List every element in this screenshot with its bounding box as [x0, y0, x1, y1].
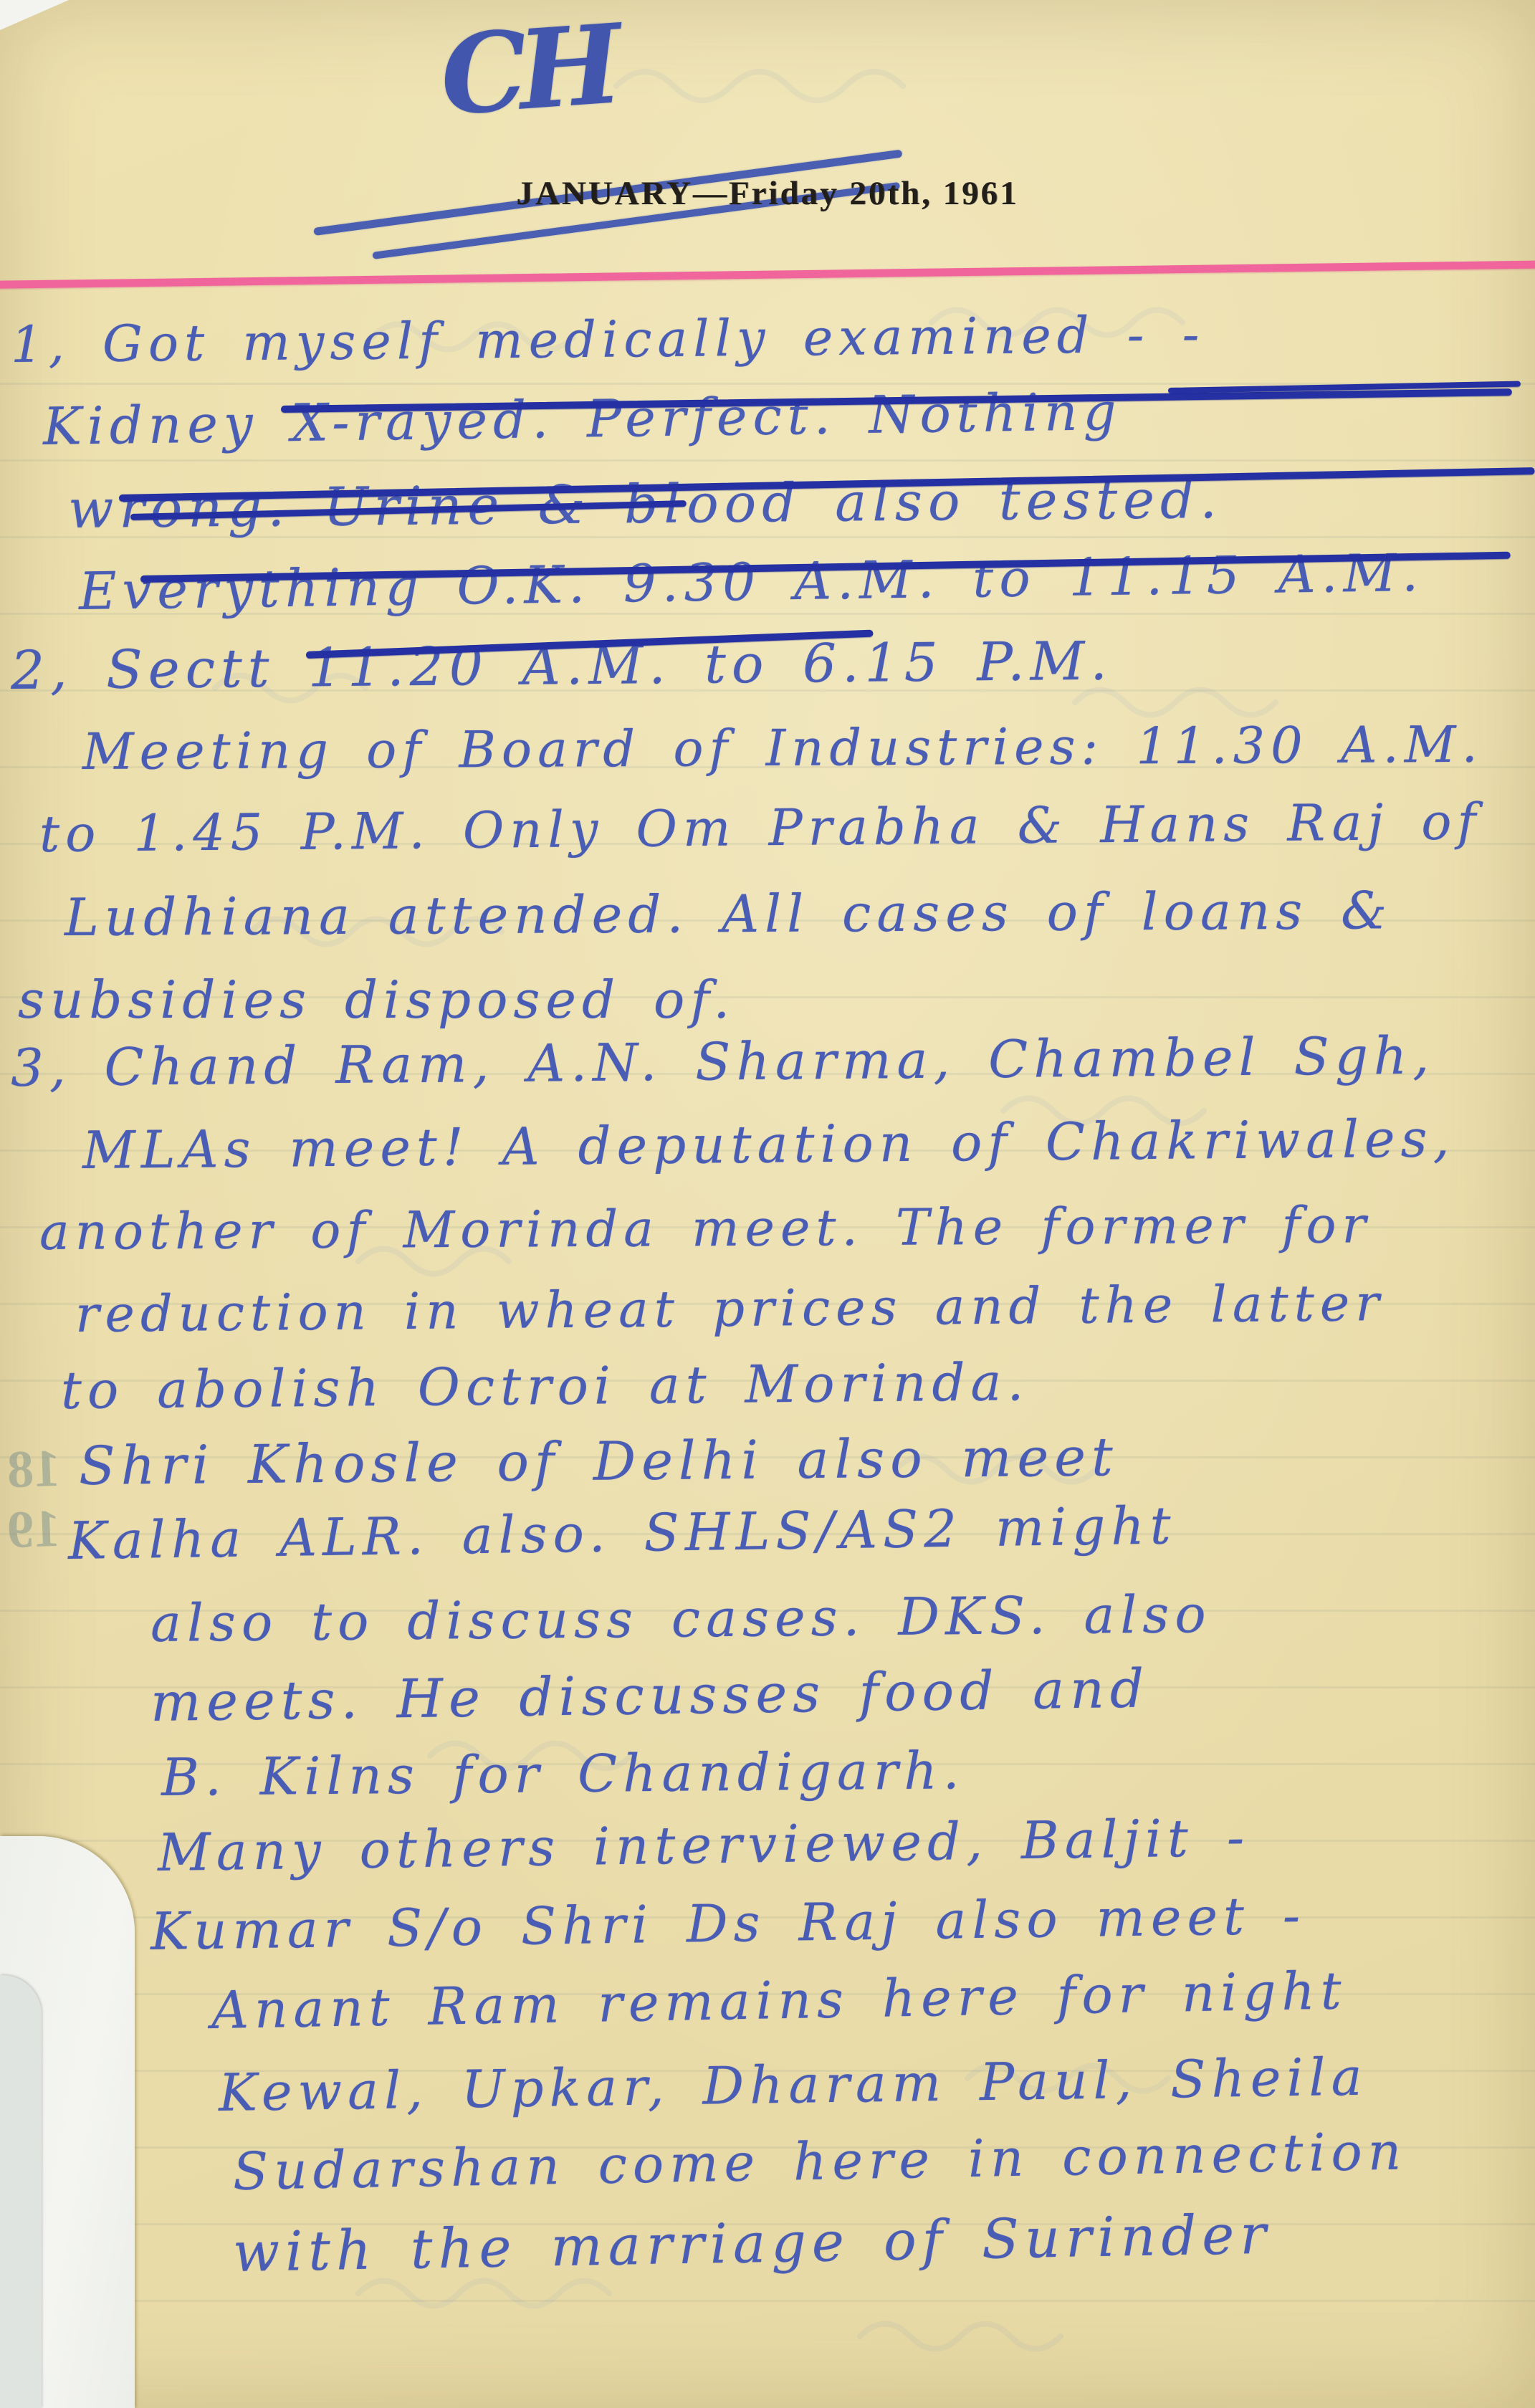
diary-line: reduction in wheat prices and the latter — [75, 1274, 1385, 1344]
diary-line: to 1.45 P.M. Only Om Prabha & Hans Raj o… — [39, 792, 1482, 864]
diary-line: 3, Chand Ram, A.N. Sharma, Chambel Sgh, — [11, 1026, 1435, 1098]
diary-line: B. Kilns for Chandigarh. — [161, 1740, 965, 1807]
monogram-initials: CH — [436, 0, 617, 140]
showthrough-page-number: 18 — [6, 1438, 62, 1501]
page-edge-top-left — [0, 0, 69, 30]
diary-line: MLAs meet! A deputation of Chakriwales, — [82, 1108, 1455, 1180]
diary-line: Shri Khosle of Delhi also meet — [79, 1426, 1119, 1497]
header-rule — [0, 260, 1535, 289]
diary-line: Kewal, Upkar, Dharam Paul, Sheila — [218, 2047, 1368, 2123]
diary-line: 1, Got myself medically examined - - — [11, 305, 1205, 374]
diary-line: with the marriage of Surinder — [232, 2202, 1272, 2284]
diary-line: another of Morinda meet. The former for — [39, 1195, 1372, 1261]
showthrough-page-number: 19 — [6, 1499, 62, 1562]
diary-line: Kalha ALR. also. SHLS/AS2 might — [67, 1495, 1177, 1571]
diary-line: Anant Ram remains here for night — [211, 1960, 1347, 2040]
diary-line: Sudarshan come here in connection — [232, 2121, 1407, 2202]
diary-line: Kidney X-rayed. Perfect. Nothing — [42, 381, 1122, 457]
torn-corner-underpage-edge — [0, 1975, 42, 2408]
diary-line: Meeting of Board of Industries: 11.30 A.… — [82, 715, 1483, 781]
diary-line: Kumar S/o Shri Ds Raj also meet - — [150, 1885, 1306, 1962]
diary-line: meets. He discusses food and — [150, 1658, 1149, 1734]
diary-line: Ludhiana attended. All cases of loans & — [64, 880, 1393, 947]
diary-line: to abolish Octroi at Morinda. — [61, 1352, 1030, 1420]
date-header: JANUARY—Friday 20th, 1961 — [0, 174, 1535, 213]
diary-page-scan: CH JANUARY—Friday 20th, 1961 1, Got myse… — [0, 0, 1535, 2408]
diary-line: subsidies disposed of. — [18, 970, 735, 1030]
diary-line: also to discuss cases. DKS. also — [150, 1584, 1212, 1653]
diary-line: Everything O.K. 9.30 A.M. to 11.15 A.M. — [78, 543, 1424, 621]
diary-line: Many others interviewed, Baljit - — [157, 1807, 1250, 1883]
